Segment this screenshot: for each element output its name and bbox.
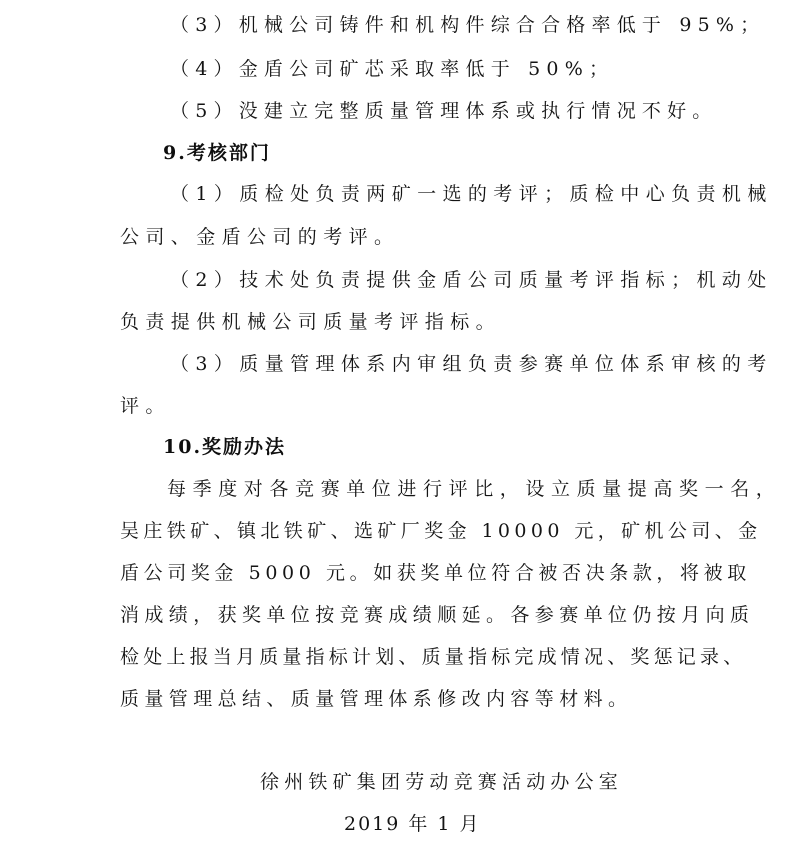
criteria-item-5: （5）没建立完整质量管理体系或执行情况不好。 [170, 99, 718, 123]
assessment-item-2-line-2: 负责提供机械公司质量考评指标。 [120, 310, 501, 334]
issue-date: 2019 年 1 月 [344, 812, 481, 836]
reward-paragraph-line-5: 检处上报当月质量指标计划、质量指标完成情况、奖惩记录、 [120, 645, 746, 669]
reward-paragraph-line-6: 质量管理总结、质量管理体系修改内容等材料。 [120, 687, 632, 711]
document-page: （3）机械公司铸件和机构件综合合格率低于 95%； （4）金盾公司矿芯采取率低于… [0, 0, 793, 846]
assessment-item-1-line-1: （1）质检处负责两矿一选的考评；质检中心负责机械 [170, 182, 773, 206]
reward-paragraph-line-4: 消成绩，获奖单位按竞赛成绩顺延。各参赛单位仍按月向质 [120, 603, 754, 627]
criteria-item-4: （4）金盾公司矿芯采取率低于 50%； [170, 57, 614, 81]
reward-paragraph-line-2: 吴庄铁矿、镇北铁矿、选矿厂奖金 10000 元，矿机公司、金 [120, 519, 762, 543]
section-heading-assessment-departments: 9.考核部门 [163, 141, 271, 165]
criteria-item-3: （3）机械公司铸件和机构件综合合格率低于 95%； [170, 13, 765, 37]
assessment-item-2-line-1: （2）技术处负责提供金盾公司质量考评指标；机动处 [170, 268, 773, 292]
assessment-item-3-line-1: （3）质量管理体系内审组负责参赛单位体系审核的考 [170, 352, 773, 376]
section-heading-reward-method: 10.奖励办法 [163, 435, 286, 459]
assessment-item-3-line-2: 评。 [120, 394, 171, 418]
issuing-organization: 徐州铁矿集团劳动竞赛活动办公室 [260, 770, 623, 794]
reward-paragraph-line-1: 每季度对各竞赛单位进行评比，设立质量提高奖一名， [167, 477, 781, 501]
assessment-item-1-line-2: 公司、金盾公司的考评。 [120, 225, 399, 249]
reward-paragraph-line-3: 盾公司奖金 5000 元。如获奖单位符合被否决条款，将被取 [120, 561, 751, 585]
